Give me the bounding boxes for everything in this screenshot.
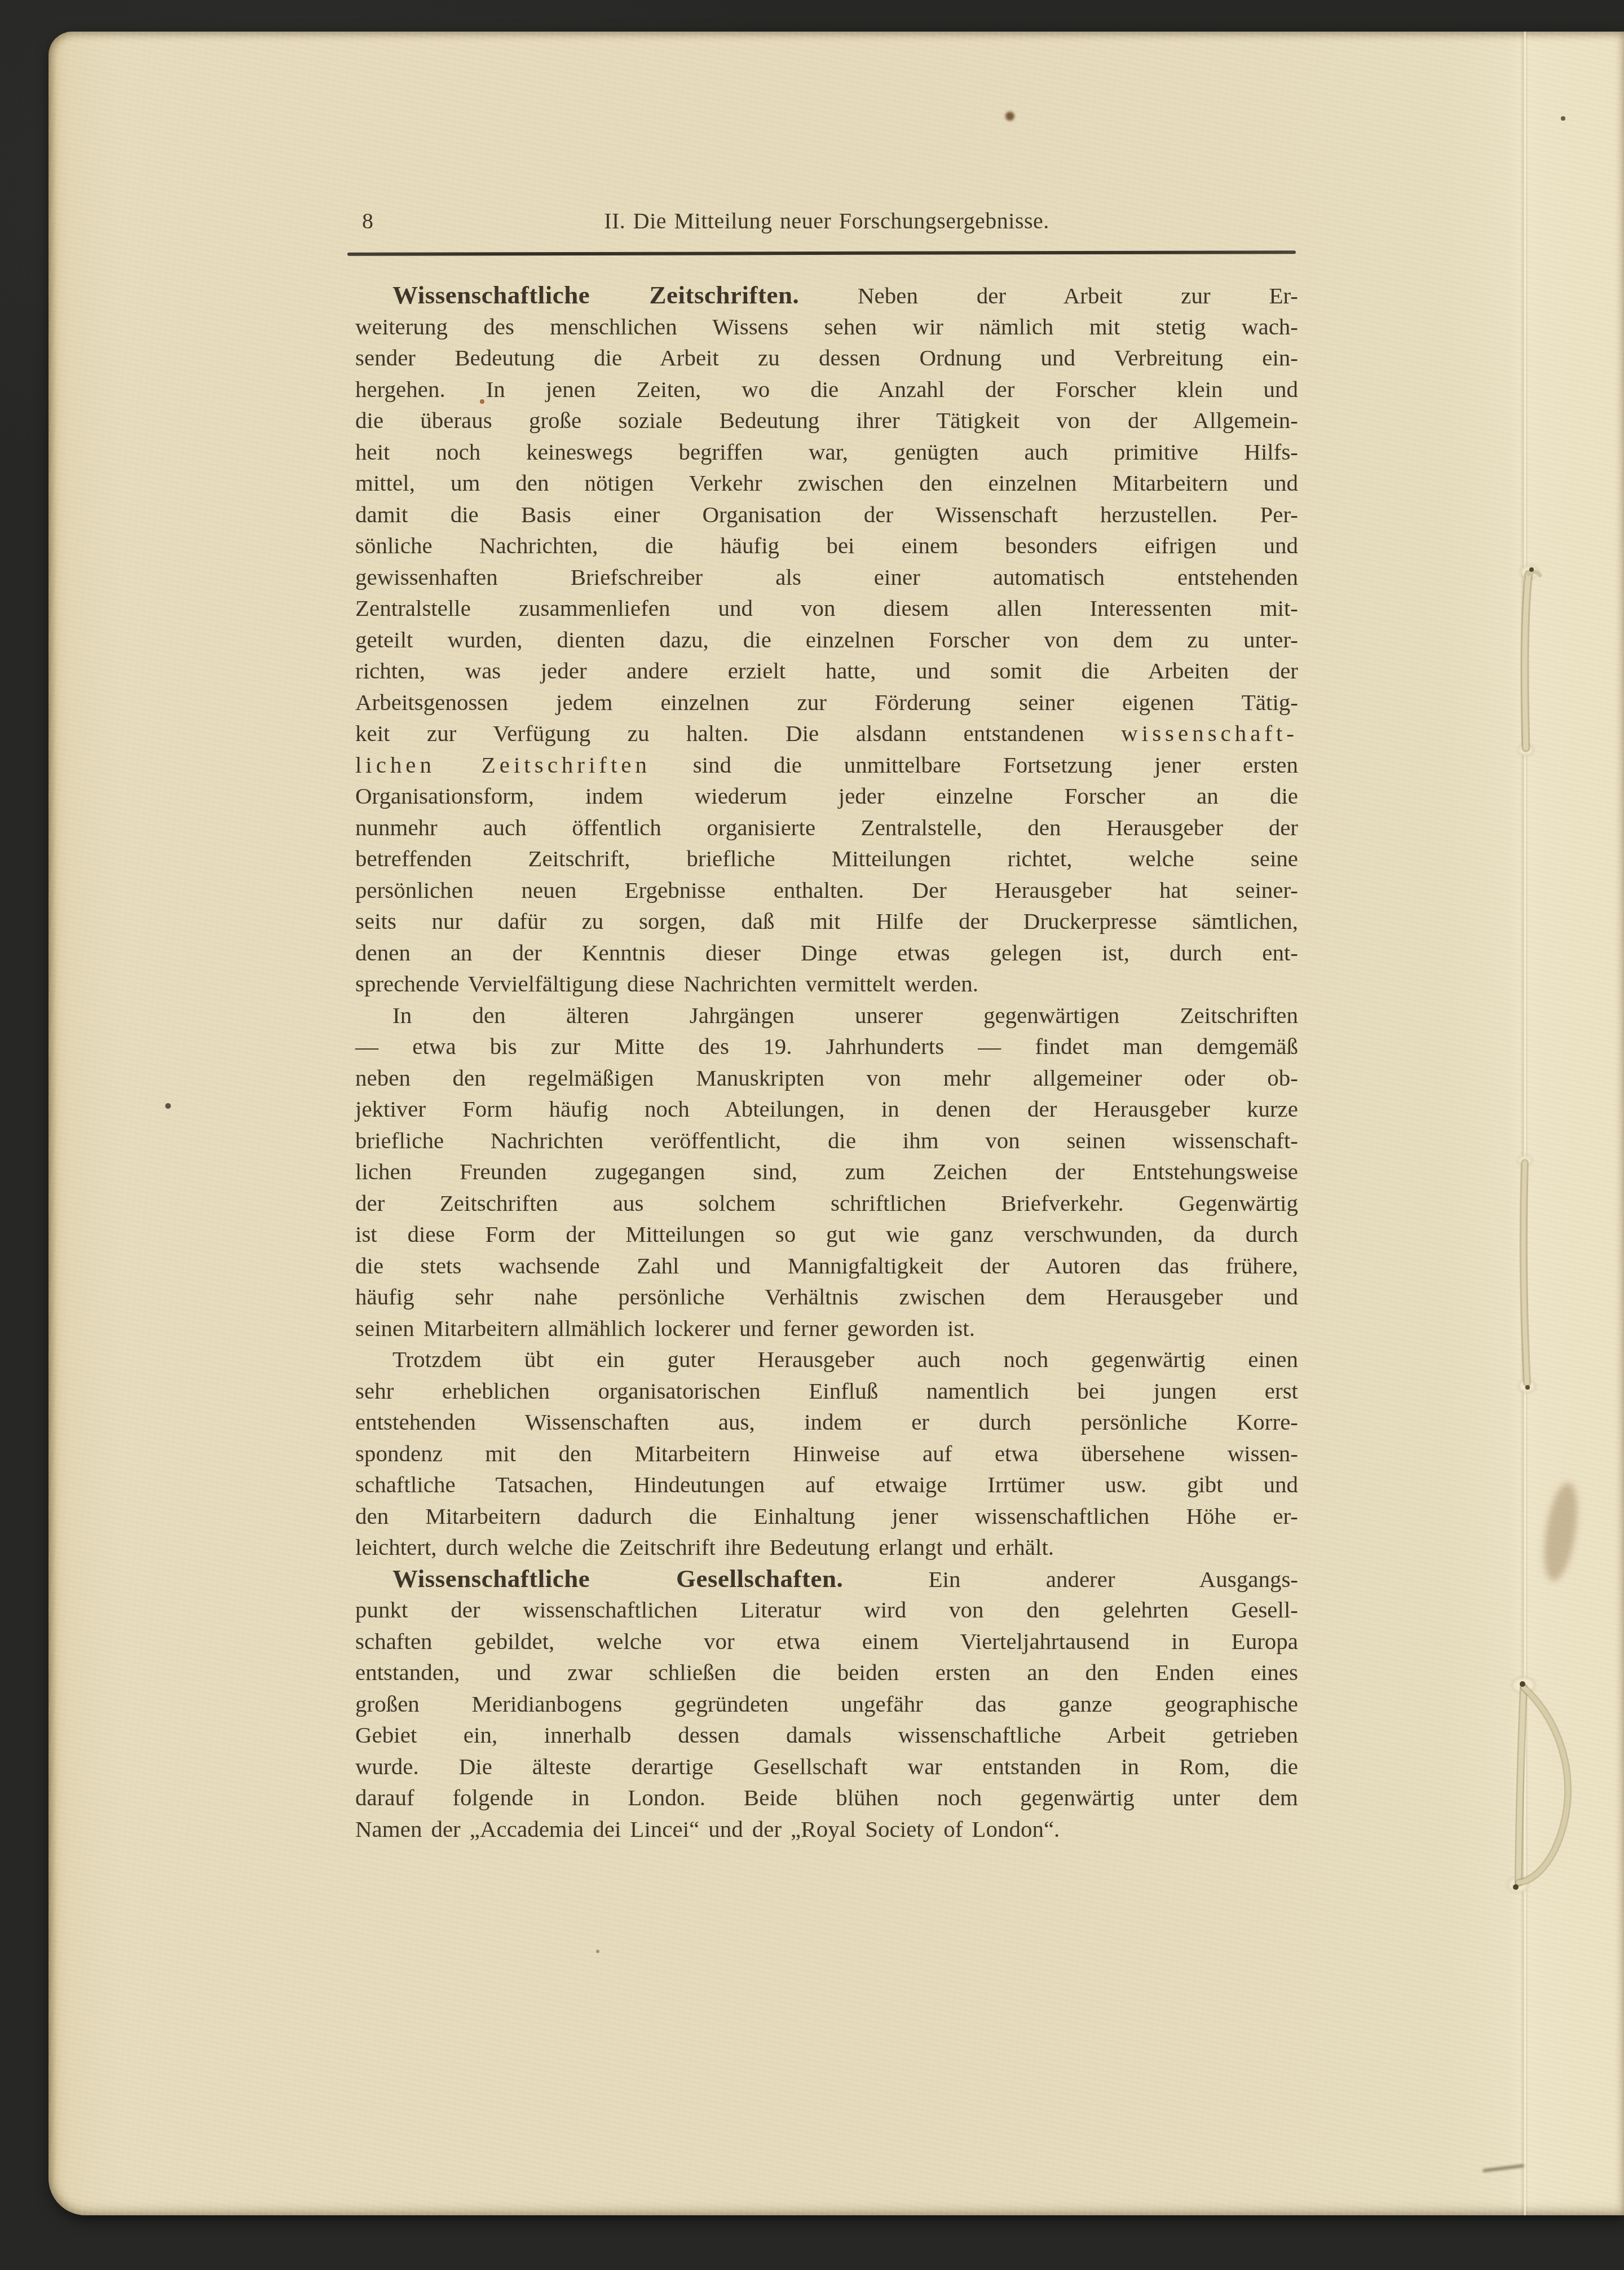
text-line: Namen der „Accademia dei Lincei“ und der… [355, 1814, 1298, 1845]
text-line: sender Bedeutung die Arbeit zu dessen Or… [355, 342, 1298, 374]
text-segment: wurde. Die älteste derartige Gesellschaf… [355, 1753, 1298, 1779]
section-heading: Wissenschaftliche Gesellschaften. [392, 1564, 843, 1593]
text-line: richten, was jeder andere erzielt hatte,… [355, 655, 1298, 687]
text-line: seinen Mitarbeitern allmählich lockerer … [355, 1313, 1298, 1345]
text-segment: leichtert, durch welche die Zeitschrift … [355, 1534, 1054, 1560]
text-line: wurde. Die älteste derartige Gesellschaf… [355, 1751, 1298, 1783]
text-line: mittel, um den nötigen Verkehr zwischen … [355, 468, 1298, 499]
text-line: Wissenschaftliche Gesellschaften. Ein an… [355, 1563, 1298, 1595]
text-segment: sprechende Vervielfältigung diese Nachri… [355, 971, 978, 997]
text-line: Trotzdem übt ein guter Herausgeber auch … [355, 1344, 1298, 1376]
text-segment: briefliche Nachrichten veröffentlicht, d… [355, 1127, 1298, 1153]
text-segment: Trotzdem übt ein guter Herausgeber auch … [392, 1346, 1298, 1372]
text-segment: Gebiet ein, innerhalb dessen damals wiss… [355, 1722, 1298, 1748]
text-segment: sind die unmittelbare Fortsetzung jener … [651, 752, 1298, 778]
text-line: schaften gebildet, welche vor etwa einem… [355, 1626, 1298, 1658]
text-line: darauf folgende in London. Beide blühen … [355, 1782, 1298, 1814]
paragraph: Wissenschaftliche Gesellschaften. Ein an… [355, 1563, 1298, 1845]
text-line: persönlichen neuen Ergebnisse enthalten.… [355, 875, 1298, 906]
text-segment: neben den regelmäßigen Manuskripten von … [355, 1065, 1298, 1091]
text-segment: die überaus große soziale Bedeutung ihre… [355, 407, 1298, 433]
text-segment: seits nur dafür zu sorgen, daß mit Hilfe… [355, 908, 1298, 934]
paragraph: In den älteren Jahrgängen unserer gegenw… [355, 1000, 1298, 1345]
text-line: lichen Zeitschriften sind die unmittelba… [355, 750, 1298, 781]
text-segment: darauf folgende in London. Beide blühen … [355, 1784, 1298, 1810]
text-line: großen Meridianbogens gegründeten ungefä… [355, 1689, 1298, 1720]
text-line: jektiver Form häufig noch Abteilungen, i… [355, 1094, 1298, 1125]
text-segment: hergehen. In jenen Zeiten, wo die Anzahl… [355, 376, 1298, 402]
text-segment: geteilt wurden, dienten dazu, die einzel… [355, 627, 1298, 653]
text-line: die überaus große soziale Bedeutung ihre… [355, 405, 1298, 437]
text-segment: persönlichen neuen Ergebnisse enthalten.… [355, 877, 1298, 903]
text-line: Gebiet ein, innerhalb dessen damals wiss… [355, 1720, 1298, 1751]
text-line: lichen Freunden zugegangen sind, zum Zei… [355, 1156, 1298, 1188]
text-segment: sender Bedeutung die Arbeit zu dessen Or… [355, 345, 1298, 371]
text-segment: schaften gebildet, welche vor etwa einem… [355, 1628, 1298, 1654]
text-line: keit zur Verfügung zu halten. Die alsdan… [355, 718, 1298, 750]
text-segment: denen an der Kenntnis dieser Dinge etwas… [355, 940, 1298, 966]
text-line: weiterung des menschlichen Wissens sehen… [355, 311, 1298, 343]
text-line: sprechende Vervielfältigung diese Nachri… [355, 968, 1298, 1000]
text-segment: heit noch keineswegs begriffen war, genü… [355, 439, 1298, 465]
text-line: häufig sehr nahe persönliche Verhältnis … [355, 1281, 1298, 1313]
text-segment: häufig sehr nahe persönliche Verhältnis … [355, 1284, 1298, 1310]
text-line: punkt der wissenschaftlichen Literatur w… [355, 1594, 1298, 1626]
text-segment: schaftliche Tatsachen, Hindeutungen auf … [355, 1471, 1298, 1497]
text-line: der Zeitschriften aus solchem schriftlic… [355, 1188, 1298, 1219]
text-line: damit die Basis einer Organisation der W… [355, 499, 1298, 531]
text-line: seits nur dafür zu sorgen, daß mit Hilfe… [355, 906, 1298, 937]
text-line: ist diese Form der Mitteilungen so gut w… [355, 1219, 1298, 1250]
text-line: Wissenschaftliche Zeitschriften. Neben d… [355, 280, 1298, 311]
text-segment: jektiver Form häufig noch Abteilungen, i… [355, 1096, 1298, 1122]
text-segment: der Zeitschriften aus solchem schriftlic… [355, 1190, 1298, 1216]
text-line: hergehen. In jenen Zeiten, wo die Anzahl… [355, 374, 1298, 405]
text-line: geteilt wurden, dienten dazu, die einzel… [355, 624, 1298, 656]
text-line: briefliche Nachrichten veröffentlicht, d… [355, 1125, 1298, 1157]
text-line: entstanden, und zwar schließen die beide… [355, 1657, 1298, 1689]
text-line: denen an der Kenntnis dieser Dinge etwas… [355, 937, 1298, 969]
text-line: entstehenden Wissenschaften aus, indem e… [355, 1407, 1298, 1438]
text-segment: gewissenhaften Briefschreiber als einer … [355, 564, 1298, 590]
text-segment: den Mitarbeitern dadurch die Einhaltung … [355, 1503, 1298, 1529]
header-rule [347, 250, 1296, 256]
text-line: Organisationsform, indem wiederum jeder … [355, 781, 1298, 812]
text-line: gewissenhaften Briefschreiber als einer … [355, 562, 1298, 593]
text-segment: keit zur Verfügung zu halten. Die alsdan… [355, 720, 1121, 746]
running-head: II. Die Mitteilung neuer Forschungsergeb… [355, 208, 1298, 234]
text-line: schaftliche Tatsachen, Hindeutungen auf … [355, 1469, 1298, 1501]
text-segment: großen Meridianbogens gegründeten ungefä… [355, 1691, 1298, 1717]
text-segment: damit die Basis einer Organisation der W… [355, 501, 1298, 527]
text-line: leichtert, durch welche die Zeitschrift … [355, 1532, 1298, 1563]
text-segment: lichen Zeitschriften [355, 752, 651, 778]
text-segment: mittel, um den nötigen Verkehr zwischen … [355, 470, 1298, 496]
book-page: 8 II. Die Mitteilung neuer Forschungserg… [48, 32, 1624, 2215]
text-segment: entstanden, und zwar schließen die beide… [355, 1659, 1298, 1685]
text-segment: entstehenden Wissenschaften aus, indem e… [355, 1409, 1298, 1435]
text-line: nunmehr auch öffentlich organisierte Zen… [355, 812, 1298, 844]
text-segment: Arbeitsgenossen jedem einzelnen zur Förd… [355, 689, 1298, 715]
text-line: spondenz mit den Mitarbeitern Hinweise a… [355, 1438, 1298, 1470]
text-segment: Zentralstelle zusammenliefen und von die… [355, 595, 1298, 621]
text-segment: richten, was jeder andere erzielt hatte,… [355, 658, 1298, 684]
text-segment: betreffenden Zeitschrift, briefliche Mit… [355, 845, 1298, 871]
paragraph: Wissenschaftliche Zeitschriften. Neben d… [355, 280, 1298, 1000]
text-segment: Namen der „Accademia dei Lincei“ und der… [355, 1816, 1060, 1842]
text-segment: seinen Mitarbeitern allmählich lockerer … [355, 1315, 975, 1341]
text-segment: Neben der Arbeit zur Er- [799, 283, 1298, 308]
text-line: — etwa bis zur Mitte des 19. Jahrhundert… [355, 1031, 1298, 1063]
text-segment: sönliche Nachrichten, die häufig bei ein… [355, 532, 1298, 558]
text-segment: die stets wachsende Zahl und Mannigfalti… [355, 1253, 1298, 1279]
text-segment: lichen Freunden zugegangen sind, zum Zei… [355, 1158, 1298, 1184]
text-line: den Mitarbeitern dadurch die Einhaltung … [355, 1501, 1298, 1532]
text-segment: — etwa bis zur Mitte des 19. Jahrhundert… [355, 1033, 1298, 1059]
text-segment: nunmehr auch öffentlich organisierte Zen… [355, 814, 1298, 840]
paragraph: Trotzdem übt ein guter Herausgeber auch … [355, 1344, 1298, 1563]
text-segment: spondenz mit den Mitarbeitern Hinweise a… [355, 1440, 1298, 1466]
text-segment: weiterung des menschlichen Wissens sehen… [355, 314, 1298, 340]
text-block: Wissenschaftliche Zeitschriften. Neben d… [355, 280, 1298, 1845]
text-line: sehr erheblichen organisatorischen Einfl… [355, 1376, 1298, 1407]
text-segment: In den älteren Jahrgängen unserer gegenw… [392, 1002, 1298, 1028]
text-segment: punkt der wissenschaftlichen Literatur w… [355, 1597, 1298, 1623]
binding-seam [1520, 32, 1528, 2215]
section-heading: Wissenschaftliche Zeitschriften. [392, 281, 799, 309]
text-segment: ist diese Form der Mitteilungen so gut w… [355, 1221, 1298, 1247]
text-line: Arbeitsgenossen jedem einzelnen zur Förd… [355, 687, 1298, 719]
text-line: Zentralstelle zusammenliefen und von die… [355, 593, 1298, 624]
text-segment: sehr erheblichen organisatorischen Einfl… [355, 1378, 1298, 1404]
text-line: heit noch keineswegs begriffen war, genü… [355, 437, 1298, 468]
text-segment: wissenschaft- [1121, 720, 1298, 746]
text-segment: Ein anderer Ausgangs- [843, 1566, 1298, 1592]
text-line: neben den regelmäßigen Manuskripten von … [355, 1063, 1298, 1094]
text-line: In den älteren Jahrgängen unserer gegenw… [355, 1000, 1298, 1032]
text-line: die stets wachsende Zahl und Mannigfalti… [355, 1250, 1298, 1282]
text-segment: Organisationsform, indem wiederum jeder … [355, 783, 1298, 809]
text-line: sönliche Nachrichten, die häufig bei ein… [355, 530, 1298, 562]
text-line: betreffenden Zeitschrift, briefliche Mit… [355, 843, 1298, 875]
